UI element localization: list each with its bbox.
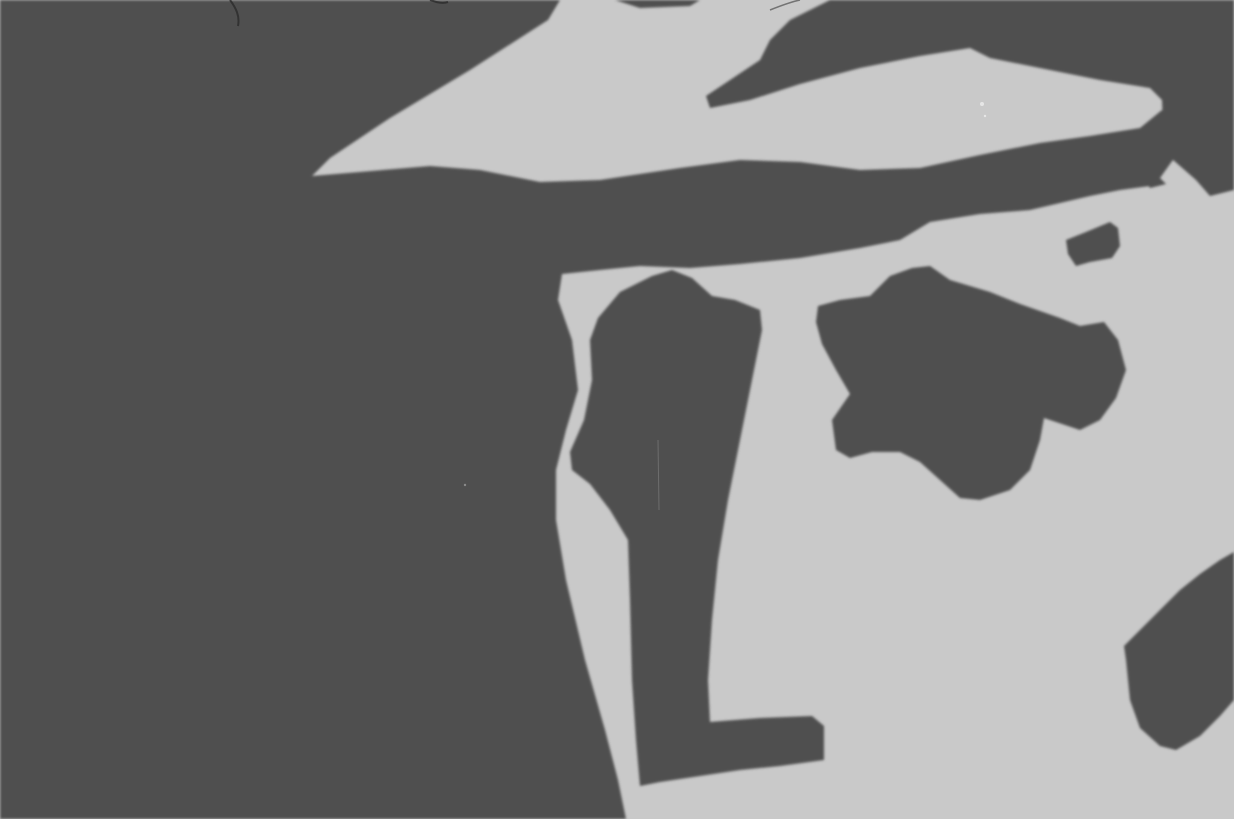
silhouette-composition bbox=[0, 0, 1234, 819]
film-still: Grayscale still of dark torn-paper / cut… bbox=[0, 0, 1234, 819]
